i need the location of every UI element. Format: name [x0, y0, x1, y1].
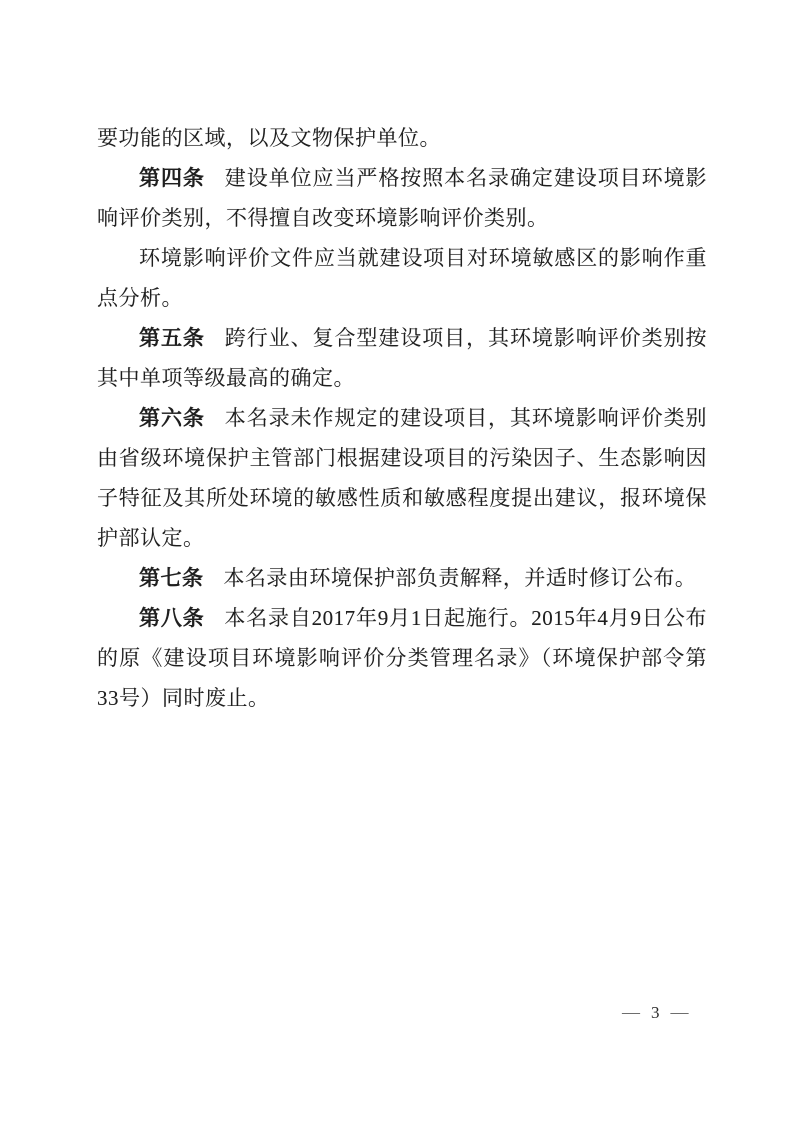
- article-clause-label: 第五条: [139, 326, 205, 350]
- article-clause-7: 第七条本名录由环境保护部负责解释，并适时修订公布。: [97, 558, 707, 598]
- paragraph-text: 环境影响评价文件应当就建设项目对环境敏感区的影响作重点分析。: [97, 246, 707, 310]
- article-clause-label: 第七条: [139, 566, 204, 590]
- article-clause-5: 第五条跨行业、复合型建设项目，其环境影响评价类别按其中单项等级最高的确定。: [97, 318, 707, 398]
- paragraph: 环境影响评价文件应当就建设项目对环境敏感区的影响作重点分析。: [97, 238, 707, 318]
- document-body: 要功能的区域，以及文物保护单位。 第四条建设单位应当严格按照本名录确定建设项目环…: [97, 118, 707, 718]
- article-clause-label: 第八条: [139, 606, 204, 630]
- page-number-dash-right: —: [671, 1002, 689, 1022]
- article-clause-label: 第四条: [139, 166, 205, 190]
- paragraph-text: 要功能的区域，以及文物保护单位。: [97, 126, 441, 150]
- document-page: 要功能的区域，以及文物保护单位。 第四条建设单位应当严格按照本名录确定建设项目环…: [0, 0, 800, 1132]
- page-number-value: 3: [651, 1003, 660, 1022]
- article-clause-6: 第六条本名录未作规定的建设项目，其环境影响评价类别由省级环境保护主管部门根据建设…: [97, 398, 707, 558]
- paragraph-text: 本名录由环境保护部负责解释，并适时修订公布。: [223, 566, 696, 590]
- page-number-dash-left: —: [622, 1002, 640, 1022]
- paragraph-continuation: 要功能的区域，以及文物保护单位。: [97, 118, 707, 158]
- article-clause-8: 第八条本名录自2017年9月1日起施行。2015年4月9日公布的原《建设项目环境…: [97, 598, 707, 718]
- page-number: —3—: [622, 1000, 689, 1025]
- article-clause-4: 第四条建设单位应当严格按照本名录确定建设项目环境影响评价类别，不得擅自改变环境影…: [97, 158, 707, 238]
- page-footer: —3—: [0, 1000, 800, 1030]
- article-clause-label: 第六条: [139, 406, 205, 430]
